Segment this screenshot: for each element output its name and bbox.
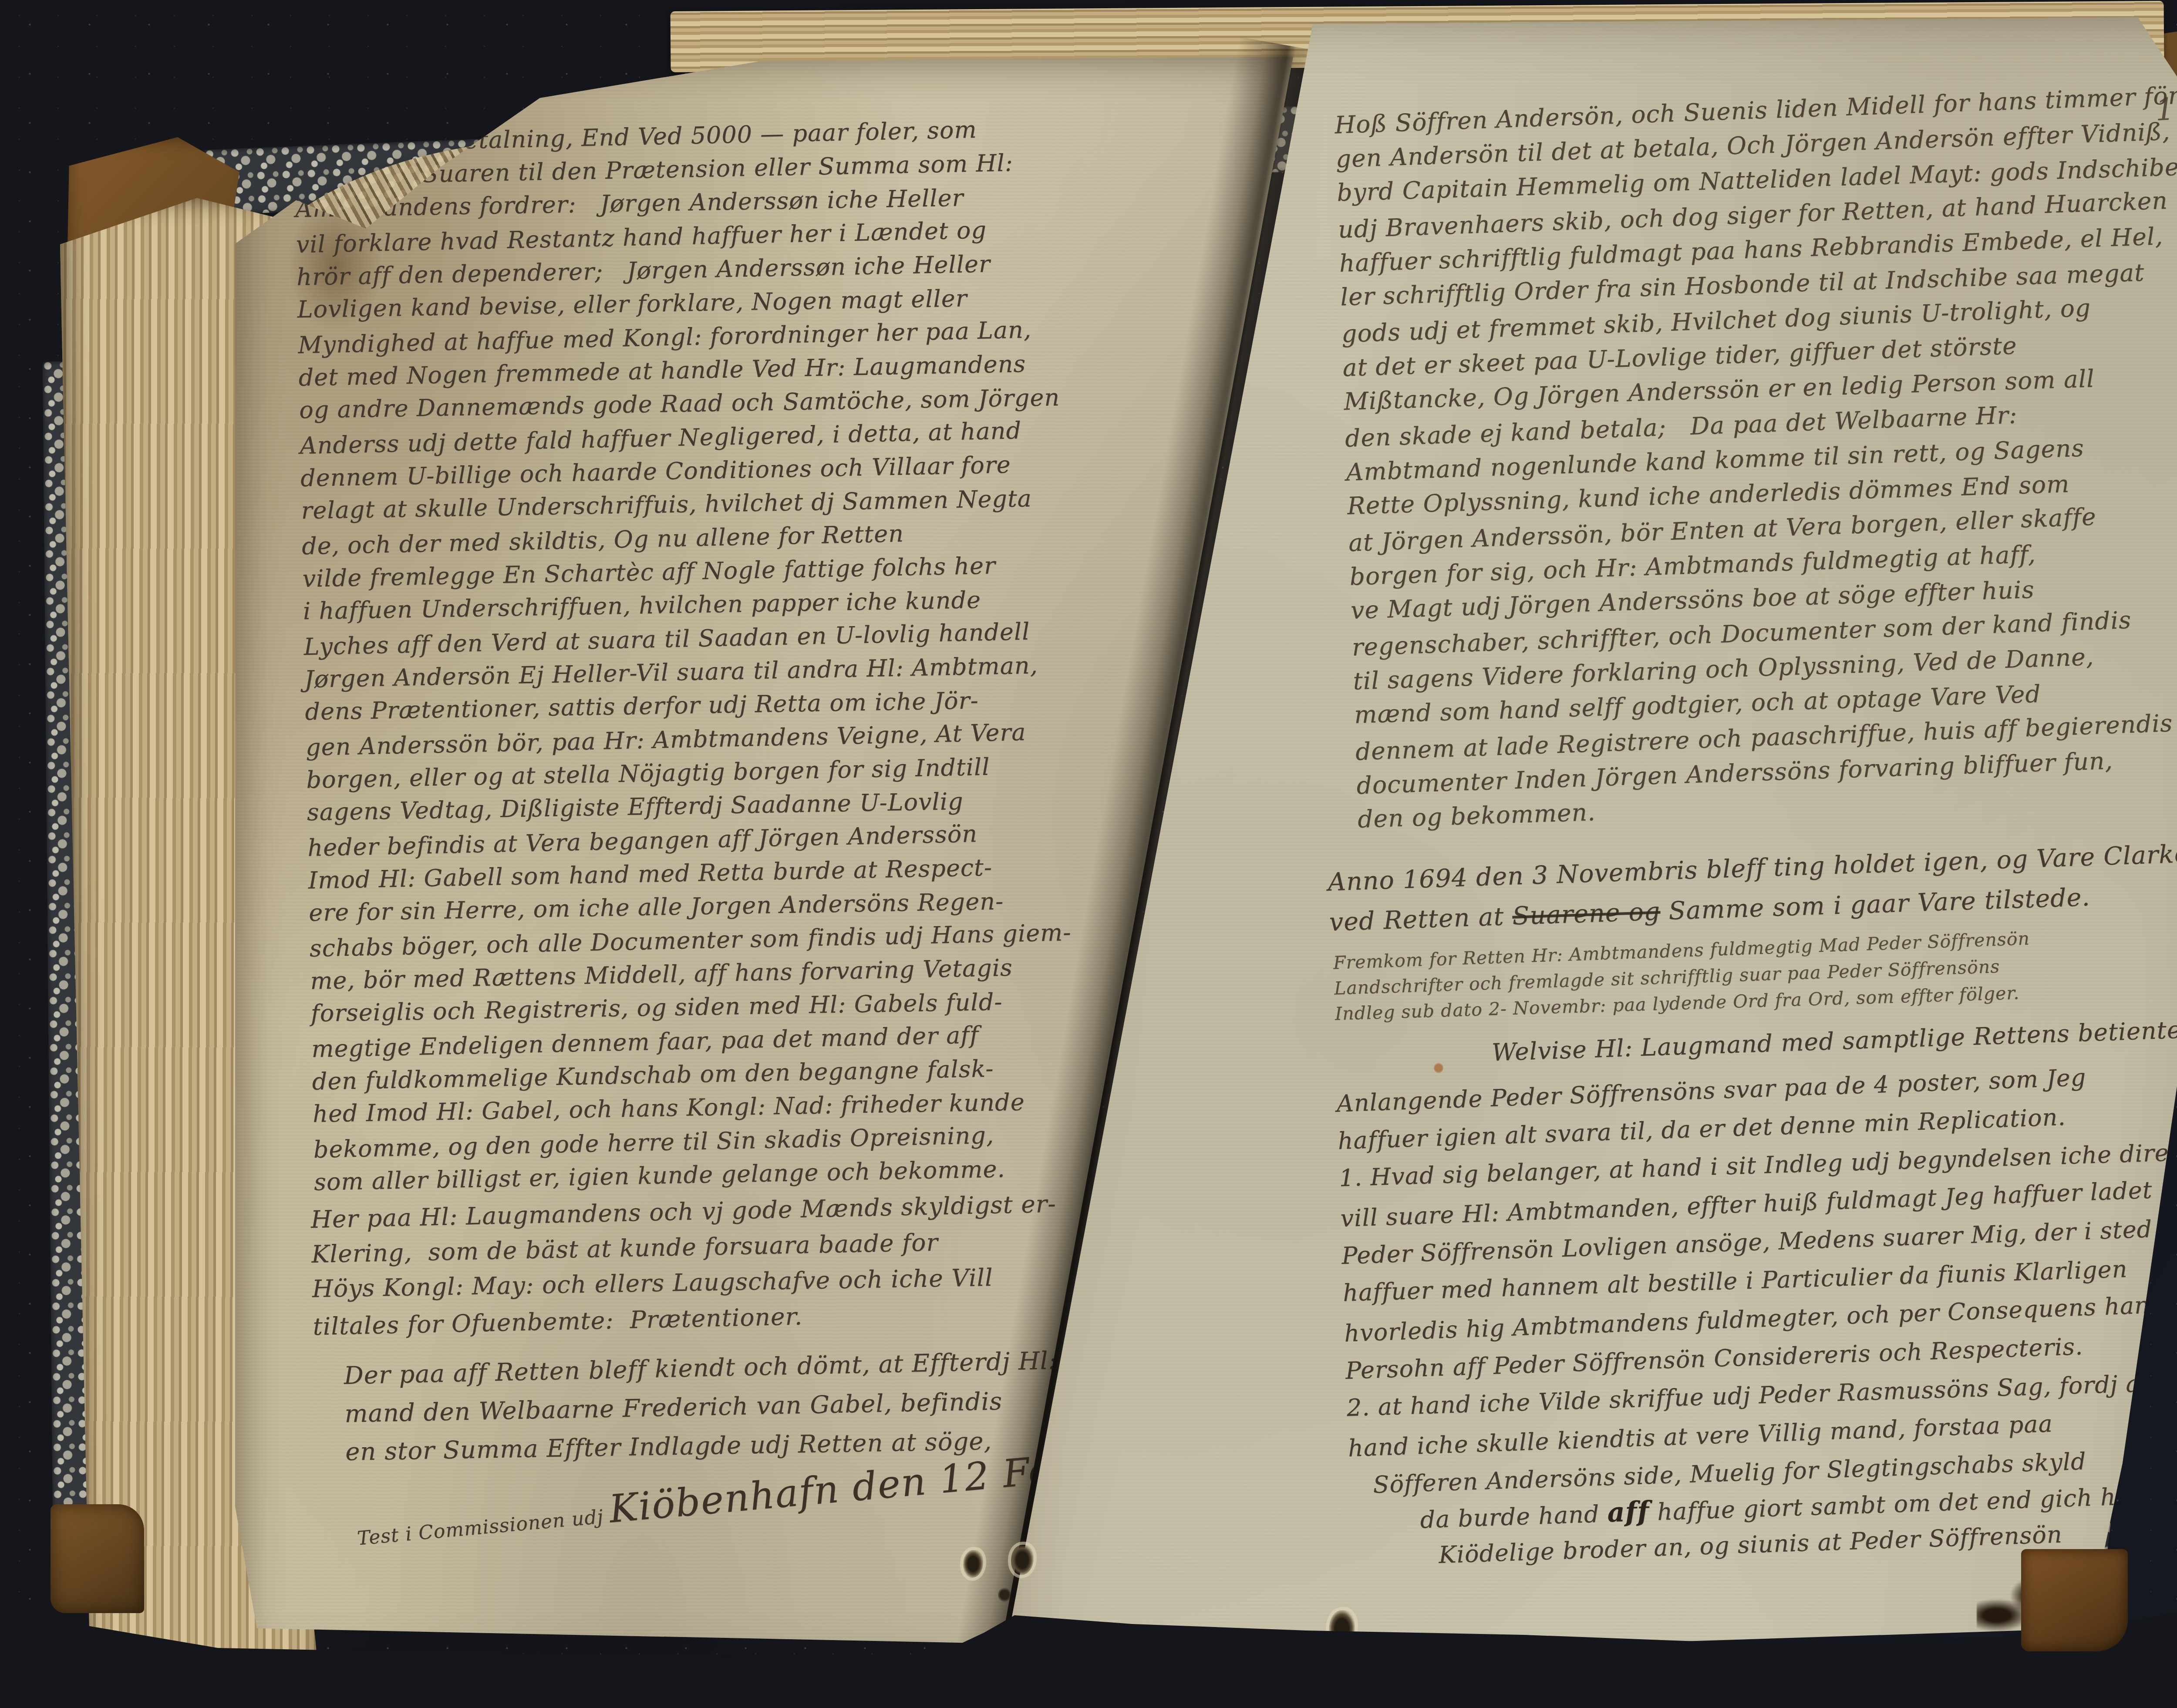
- clerk-note-text: Fremkom for Retten Hr: Ambtmandens fuldm…: [1333, 918, 2177, 1029]
- session-line-pre: ved Retten at: [1329, 902, 1513, 937]
- scanned-manuscript-photo: fordrings affbetalning, End Ved 5000 — p…: [0, 0, 2177, 1708]
- emphasized-word: aff: [1607, 1495, 1650, 1528]
- worm-hole-ink-dot: [998, 1587, 1011, 1602]
- session-line-post: Samme som i gaar Vare tilstede.: [1660, 883, 2090, 926]
- struck-out-word: Suarene og: [1512, 897, 1661, 930]
- dateline-prefix: Test i Commissionen udj: [356, 1505, 611, 1550]
- emphasis-pre: da burde hand: [1420, 1500, 1608, 1533]
- leather-cover-corner-bottom-right: [2021, 1549, 2128, 1651]
- right-page-main-text: Hoß Söffren Andersön, och Suenis liden M…: [1334, 77, 2177, 838]
- replication-text: Anlangende Peder Söffrensöns svar paa de…: [1336, 1053, 2177, 1505]
- leather-cover-corner-bottom-left: [51, 1504, 144, 1613]
